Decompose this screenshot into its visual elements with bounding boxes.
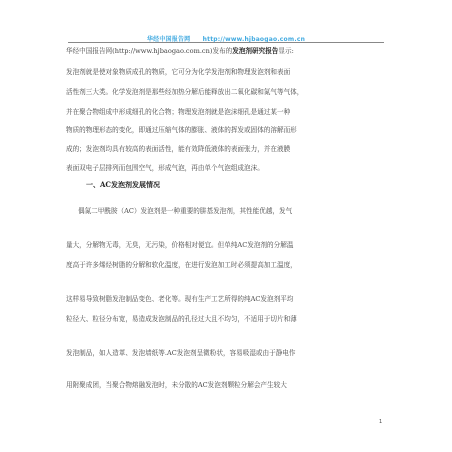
document-page: 华经中国报告网 http://www.hjbaogao.com.cn 华经中国报… [0,0,452,452]
paragraph-line: 度高于许多烯烃树脂的分解和软化温度，在进行发泡加工时必须提高加工温度， [66,261,388,269]
paragraph-line: 粒径大、粒径分布宽，易造成发泡制品的孔径过大且不均匀，不适用于切片和薄 [66,315,388,323]
paragraph-line: 成的；发泡剂均具有较高的表面活性，能有效降低液体的表面张力，并在液膜 [66,145,388,153]
paragraph-line: 偶氮二甲酰胺（AC）发泡剂是一种重要的肼基发泡剂，其性能优越，发气 [78,207,400,215]
intro-prefix: 华经中国报告网(http://www.hjbaogao.com.cn)发布的 [66,47,232,55]
report-name: 发泡剂研究报告 [232,47,278,55]
paragraph-line: 表面双电子层排列而包围空气，形成气泡，再由单个气泡组成泡沫。 [66,164,388,172]
section-heading: 一、AC发泡剂发展情况 [86,180,160,190]
paragraph-line: 量大，分解物无毒，无臭，无污染，价格相对便宜。但单纯AC发泡剂的分解温 [66,241,388,249]
page-number: 1 [379,419,382,425]
paragraph-line: 发泡剂就是使对象物质成孔的物质，它可分为化学发泡剂和物理发泡剂和表面 [66,68,388,76]
paragraph-line: 这样易导致树脂发泡制品变色、老化等。现有生产工艺所得的纯AC发泡剂平均 [66,295,388,303]
paragraph-line: 活性剂三大类。化学发泡剂是那些经加热分解后能释放出二氧化碳和氮气等气体， [66,88,388,96]
paragraph-line: 用附聚成团，当聚合物熔融发泡时，未分散的AC发泡剂颗粒分解会产生较大 [66,381,388,389]
paragraph-line: 发泡制品，如人造革、发泡墙纸等.AC发泡剂呈微粉状，容易吸湿或由于静电作 [66,349,388,357]
paragraph-line: 物质的物理形态的变化，即通过压缩气体的膨胀、液体的挥发或固体的溶解而形 [66,126,388,134]
intro-line: 华经中国报告网(http://www.hjbaogao.com.cn)发布的发泡… [66,47,388,55]
paragraph-line: 并在聚合物组成中形成细孔的化合物；物理发泡剂就是泡沫细孔是通过某一种 [66,108,388,116]
header-divider [68,42,384,43]
intro-suffix: 显示: [278,47,293,55]
